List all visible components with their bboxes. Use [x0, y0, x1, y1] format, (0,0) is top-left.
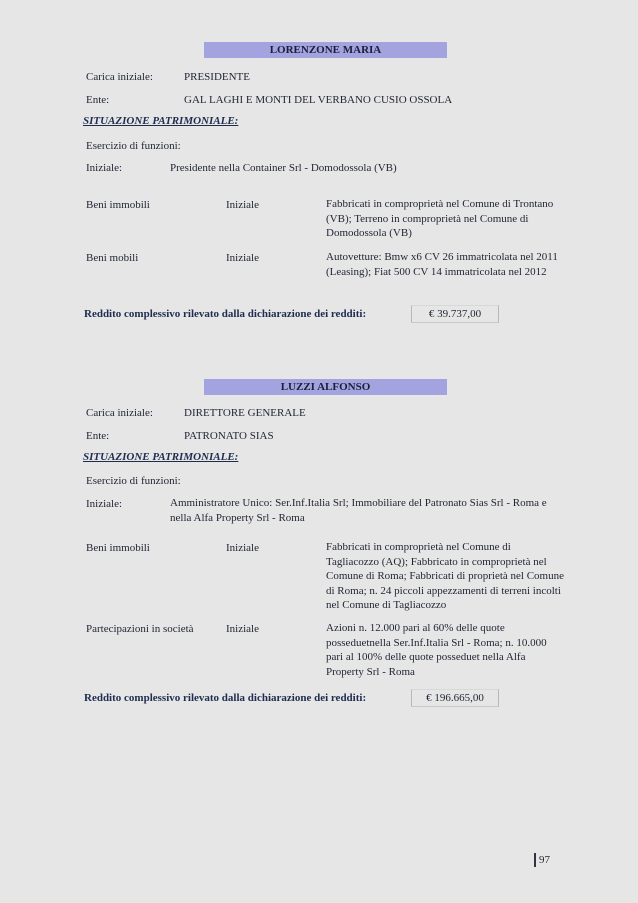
ente-label: Ente: — [86, 429, 109, 443]
situazione-patrimoniale-heading: SITUAZIONE PATRIMONIALE: — [83, 115, 238, 127]
person-name-header: LORENZONE MARIA — [204, 42, 447, 58]
asset-category: Partecipazioni in società — [86, 622, 194, 636]
asset-description: Fabbricati in comproprietà nel Comune di… — [326, 197, 566, 241]
asset-category: Beni immobili — [86, 198, 150, 212]
esercizio-label: Esercizio di funzioni: — [86, 474, 181, 488]
iniziale-label: Iniziale: — [86, 161, 122, 175]
asset-period: Iniziale — [226, 198, 259, 212]
iniziale-label: Iniziale: — [86, 497, 122, 511]
asset-period: Iniziale — [226, 622, 259, 636]
carica-label: Carica iniziale: — [86, 406, 153, 420]
iniziale-value: Amministratore Unico: Ser.Inf.Italia Srl… — [170, 496, 550, 525]
carica-label: Carica iniziale: — [86, 70, 153, 84]
asset-description: Autovetture: Bmw x6 CV 26 immatricolata … — [326, 250, 566, 279]
reddito-label: Reddito complessivo rilevato dalla dichi… — [84, 692, 366, 704]
asset-description: Azioni n. 12.000 pari al 60% delle quote… — [326, 621, 566, 679]
person-name-header: LUZZI ALFONSO — [204, 379, 447, 395]
carica-value: DIRETTORE GENERALE — [184, 406, 306, 420]
asset-category: Beni mobili — [86, 251, 138, 265]
asset-period: Iniziale — [226, 541, 259, 555]
asset-category: Beni immobili — [86, 541, 150, 555]
ente-label: Ente: — [86, 93, 109, 107]
situazione-patrimoniale-heading: SITUAZIONE PATRIMONIALE: — [83, 451, 238, 463]
esercizio-label: Esercizio di funzioni: — [86, 139, 181, 153]
asset-description: Fabbricati in comproprietà nel Comune di… — [326, 540, 566, 613]
reddito-label: Reddito complessivo rilevato dalla dichi… — [84, 308, 366, 320]
reddito-amount: € 196.665,00 — [411, 689, 499, 707]
page-number: 97 — [534, 853, 550, 867]
asset-period: Iniziale — [226, 251, 259, 265]
ente-value: GAL LAGHI E MONTI DEL VERBANO CUSIO OSSO… — [184, 93, 452, 107]
ente-value: PATRONATO SIAS — [184, 429, 274, 443]
reddito-amount: € 39.737,00 — [411, 305, 499, 323]
iniziale-value: Presidente nella Container Srl - Domodos… — [170, 161, 397, 175]
carica-value: PRESIDENTE — [184, 70, 250, 84]
